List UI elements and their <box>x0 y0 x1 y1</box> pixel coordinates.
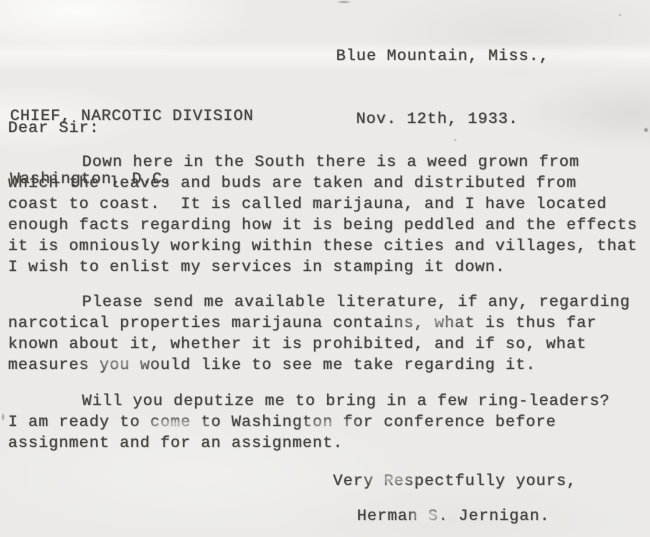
letter-line: enough facts regarding how it is being p… <box>8 215 637 236</box>
signature: Herman S. Jernigan. <box>357 506 550 527</box>
letter-line: narcotical properties marijauna contains… <box>8 313 630 334</box>
letter-line: I am ready to come to Washington for con… <box>8 412 610 433</box>
letter-line: I wish to enlist my services in stamping… <box>8 257 637 278</box>
paragraph-3: Will you deputize me to bring in a few r… <box>8 391 610 454</box>
paragraph-1: Down here in the South there is a weed g… <box>8 152 637 278</box>
salutation: Dear Sir: <box>8 118 99 139</box>
letter-line: Will you deputize me to bring in a few r… <box>8 391 610 412</box>
letter-line: which the leaves and buds are taken and … <box>8 173 637 194</box>
letter-line: Please send me available literature, if … <box>8 292 630 313</box>
letter-line: it is omniously working within these cit… <box>8 236 637 257</box>
paragraph-2: Please send me available literature, if … <box>8 292 630 376</box>
dateline-place: Blue Mountain, Miss., <box>336 46 549 67</box>
scanned-letter: Blue Mountain, Miss., Nov. 12th, 1933. C… <box>0 0 650 537</box>
letter-line: assignment and for an assignment. <box>8 433 610 454</box>
dateline-date: Nov. 12th, 1933. <box>356 109 549 130</box>
letter-line: known about it, whether it is prohibited… <box>8 334 630 355</box>
letter-line: coast to coast. It is called marijauna, … <box>8 194 637 215</box>
letter-line: measures you would like to see me take r… <box>8 355 630 376</box>
dateline: Blue Mountain, Miss., Nov. 12th, 1933. <box>336 4 549 172</box>
letter-line: Down here in the South there is a weed g… <box>8 152 637 173</box>
closing: Very Respectfully yours, <box>333 471 577 492</box>
